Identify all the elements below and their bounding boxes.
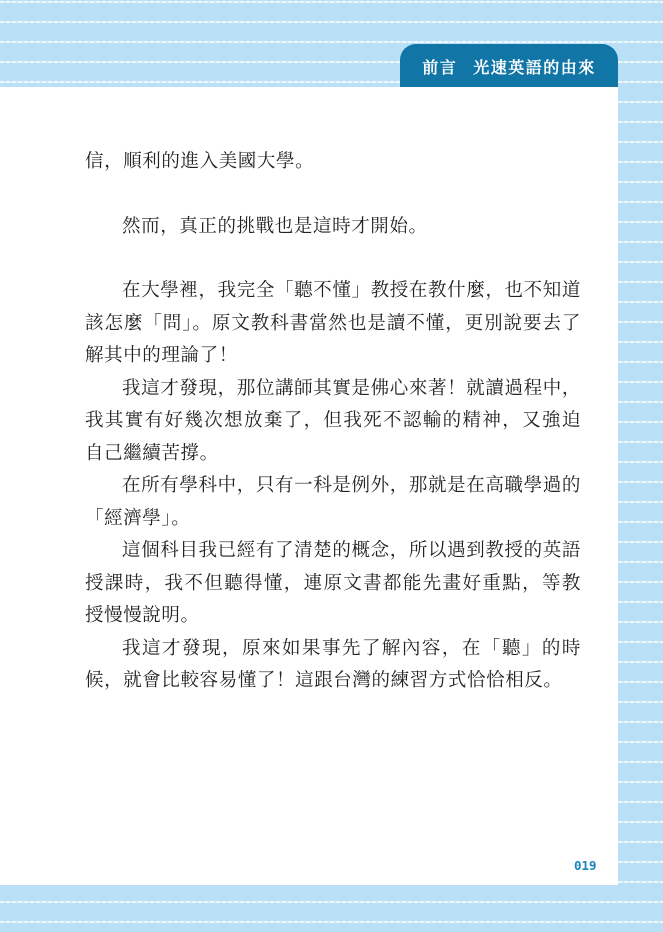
body-text: 信，順利的進入美國大學。 然而，真正的挑戰也是這時才開始。 在大學裡，我完全「聽… [85,146,581,698]
paragraph: 然而，真正的挑戰也是這時才開始。 [85,211,581,244]
chapter-header-tab: 前言 光速英語的由來 [400,44,618,87]
paragraph: 我這才發現，原來如果事先了解內容，在「聽」的時候，就會比較容易懂了！這跟台灣的練… [85,633,581,698]
paragraph: 我這才發現，那位講師其實是佛心來著！就讀過程中，我其實有好幾次想放棄了，但我死不… [85,373,581,471]
paragraph: 在所有學科中，只有一科是例外，那就是在高職學過的「經濟學」。 [85,470,581,535]
paragraph: 這個科目我已經有了清楚的概念，所以遇到教授的英語授課時，我不但聽得懂，連原文書都… [85,535,581,633]
chapter-title: 光速英語的由來 [473,55,596,78]
paragraph: 在大學裡，我完全「聽不懂」教授在教什麼，也不知道該怎麼「問」。原文教科書當然也是… [85,275,581,373]
chapter-section-label: 前言 [422,55,457,78]
paragraph: 信，順利的進入美國大學。 [85,146,581,179]
page-number: 019 [574,858,597,873]
